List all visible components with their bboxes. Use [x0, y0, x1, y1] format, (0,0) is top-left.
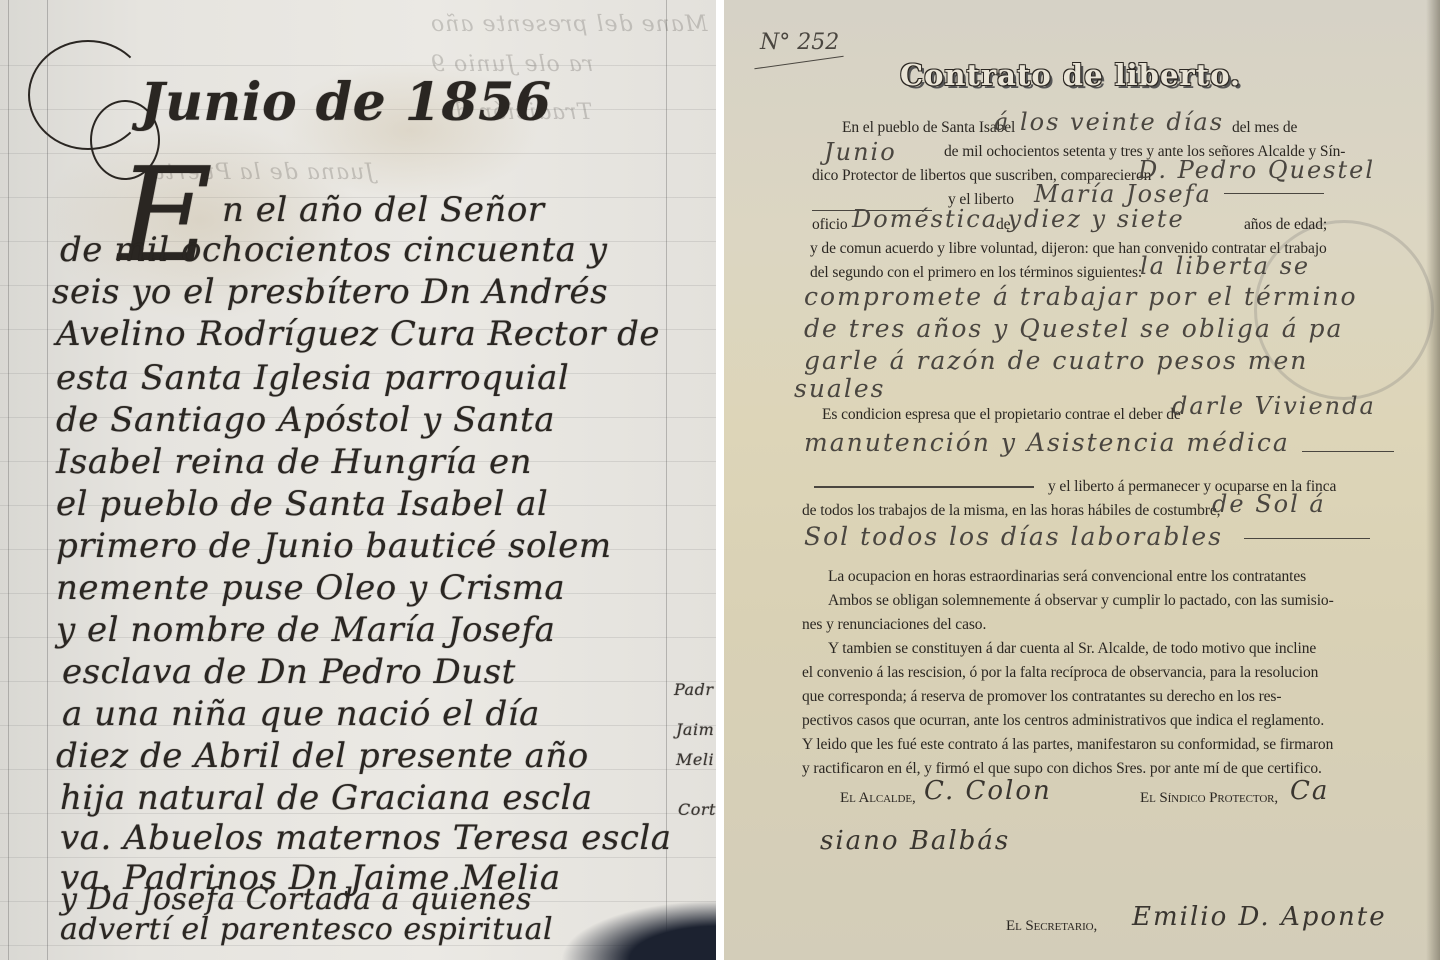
sindico-signature: siano Balbás	[820, 826, 1010, 856]
contract-title: Contrato de liberto.	[900, 58, 1241, 92]
entry-line: de Santiago Apóstol y Santa	[56, 400, 555, 440]
handwritten-duty: darle Vivienda	[1172, 392, 1376, 420]
fill-line	[814, 486, 1034, 488]
entry-line: y el nombre de María Josefa	[56, 610, 555, 650]
entry-line: esclava de Dn Pedro Dust	[62, 652, 516, 692]
handwritten-terms: de tres años y Questel se obliga á pa	[804, 314, 1343, 343]
bleed-through-text: Mane del presente año	[430, 12, 707, 37]
margin-line	[666, 0, 667, 960]
sindico-label: El Síndico Protector,	[1140, 790, 1278, 807]
entry-line: diez de Abril del presente año	[56, 736, 589, 776]
entry-line: Isabel reina de Hungría en	[56, 442, 532, 482]
fill-line	[1302, 451, 1394, 452]
panel-divider	[716, 0, 724, 960]
entry-line: advertí el parentesco espiritual	[60, 912, 553, 947]
entry-line: primero de Junio bauticé solem	[56, 526, 612, 566]
sindico-signature: Ca	[1290, 776, 1329, 806]
page-curl-shadow	[560, 900, 716, 960]
entry-line: Avelino Rodríguez Cura Rector de	[56, 314, 660, 354]
printed-text: nes y renunciaciones del caso.	[802, 616, 986, 634]
margin-line	[47, 0, 48, 960]
fill-line	[1244, 538, 1370, 539]
entry-line: esta Santa Iglesia parroquial	[56, 358, 569, 398]
alcalde-label: El Alcalde,	[840, 790, 916, 807]
handwritten-hours: Sol todos los días laborables	[804, 522, 1223, 551]
baptismal-register-page: Mane del presente año ra ole Junio 9 Tra…	[0, 0, 716, 960]
handwritten-liberto-name: María Josefa	[1034, 180, 1212, 208]
printed-text: y ractificaron en él, y firmó el que sup…	[802, 760, 1322, 778]
printed-text: Y tambien se constituyen á dar cuenta al…	[828, 640, 1316, 658]
entry-line: de mil ochocientos cincuenta y	[60, 230, 607, 270]
printed-text: La ocupacion en horas estraordinarias se…	[828, 568, 1306, 586]
handwritten-date: á los veinte días	[994, 108, 1224, 136]
handwritten-terms: suales	[794, 374, 885, 403]
printed-text: Es condicion espresa que el propietario …	[822, 406, 1181, 424]
register-heading: Junio de 1856	[140, 72, 552, 133]
handwritten-terms: compromete á trabajar por el término	[804, 282, 1358, 311]
printed-text: del segundo con el primero en los términ…	[810, 264, 1142, 282]
alcalde-signature: C. Colon	[924, 776, 1052, 806]
page-edge	[1426, 0, 1440, 960]
margin-note: Cort	[678, 800, 716, 819]
printed-text: años de edad;	[1244, 216, 1327, 234]
printed-text: de todos los trabajos de la misma, en la…	[802, 502, 1220, 520]
secretario-label: El Secretario,	[1006, 918, 1097, 935]
printed-text: pectivos casos que ocurran, ante los cen…	[802, 712, 1324, 730]
margin-note: Padr	[674, 680, 713, 699]
underline	[754, 56, 843, 70]
printed-text: de	[996, 216, 1010, 234]
printed-text: el convenio á las rescision, ó por la fa…	[802, 664, 1318, 682]
liberto-contract-page: N° 252 Contrato de liberto. En el pueblo…	[724, 0, 1440, 960]
handwritten-terms: garle á razón de cuatro pesos men	[804, 346, 1308, 375]
handwritten-month: Junio	[824, 138, 897, 166]
printed-text: que corresponda; á reserva de promover l…	[802, 688, 1281, 706]
printed-text: Y leido que les fué este contrato á las …	[802, 736, 1333, 754]
entry-line: a una niña que nació el día	[62, 694, 540, 734]
entry-line: va. Abuelos maternos Teresa escla	[60, 818, 672, 858]
printed-text: En el pueblo de Santa Isabel	[842, 119, 1015, 137]
secretario-signature: Emilio D. Aponte	[1132, 902, 1387, 932]
printed-text: oficio	[812, 216, 848, 234]
entry-line: hija natural de Graciana escla	[60, 778, 593, 818]
handwritten-age: diez y siete	[1024, 205, 1185, 233]
fill-line	[1224, 193, 1324, 194]
margin-note: Jaim	[676, 720, 714, 739]
handwritten-duty: manutención y Asistencia médica	[804, 428, 1290, 457]
entry-line: nemente puse Oleo y Crisma	[56, 568, 565, 608]
entry-line: el pueblo de Santa Isabel al	[56, 484, 548, 524]
margin-note: Meli	[676, 750, 714, 769]
entry-line: seis yo el presbítero Dn Andrés	[52, 272, 608, 312]
entry-line: n el año del Señor	[222, 190, 545, 230]
printed-text: del mes de	[1232, 119, 1297, 137]
margin-line	[8, 0, 9, 960]
handwritten-terms: la liberta se	[1140, 252, 1310, 280]
contract-number: N° 252	[760, 30, 839, 55]
handwritten-hours: de Sol á	[1212, 490, 1326, 518]
printed-text: Ambos se obligan solemnemente á observar…	[828, 592, 1334, 610]
